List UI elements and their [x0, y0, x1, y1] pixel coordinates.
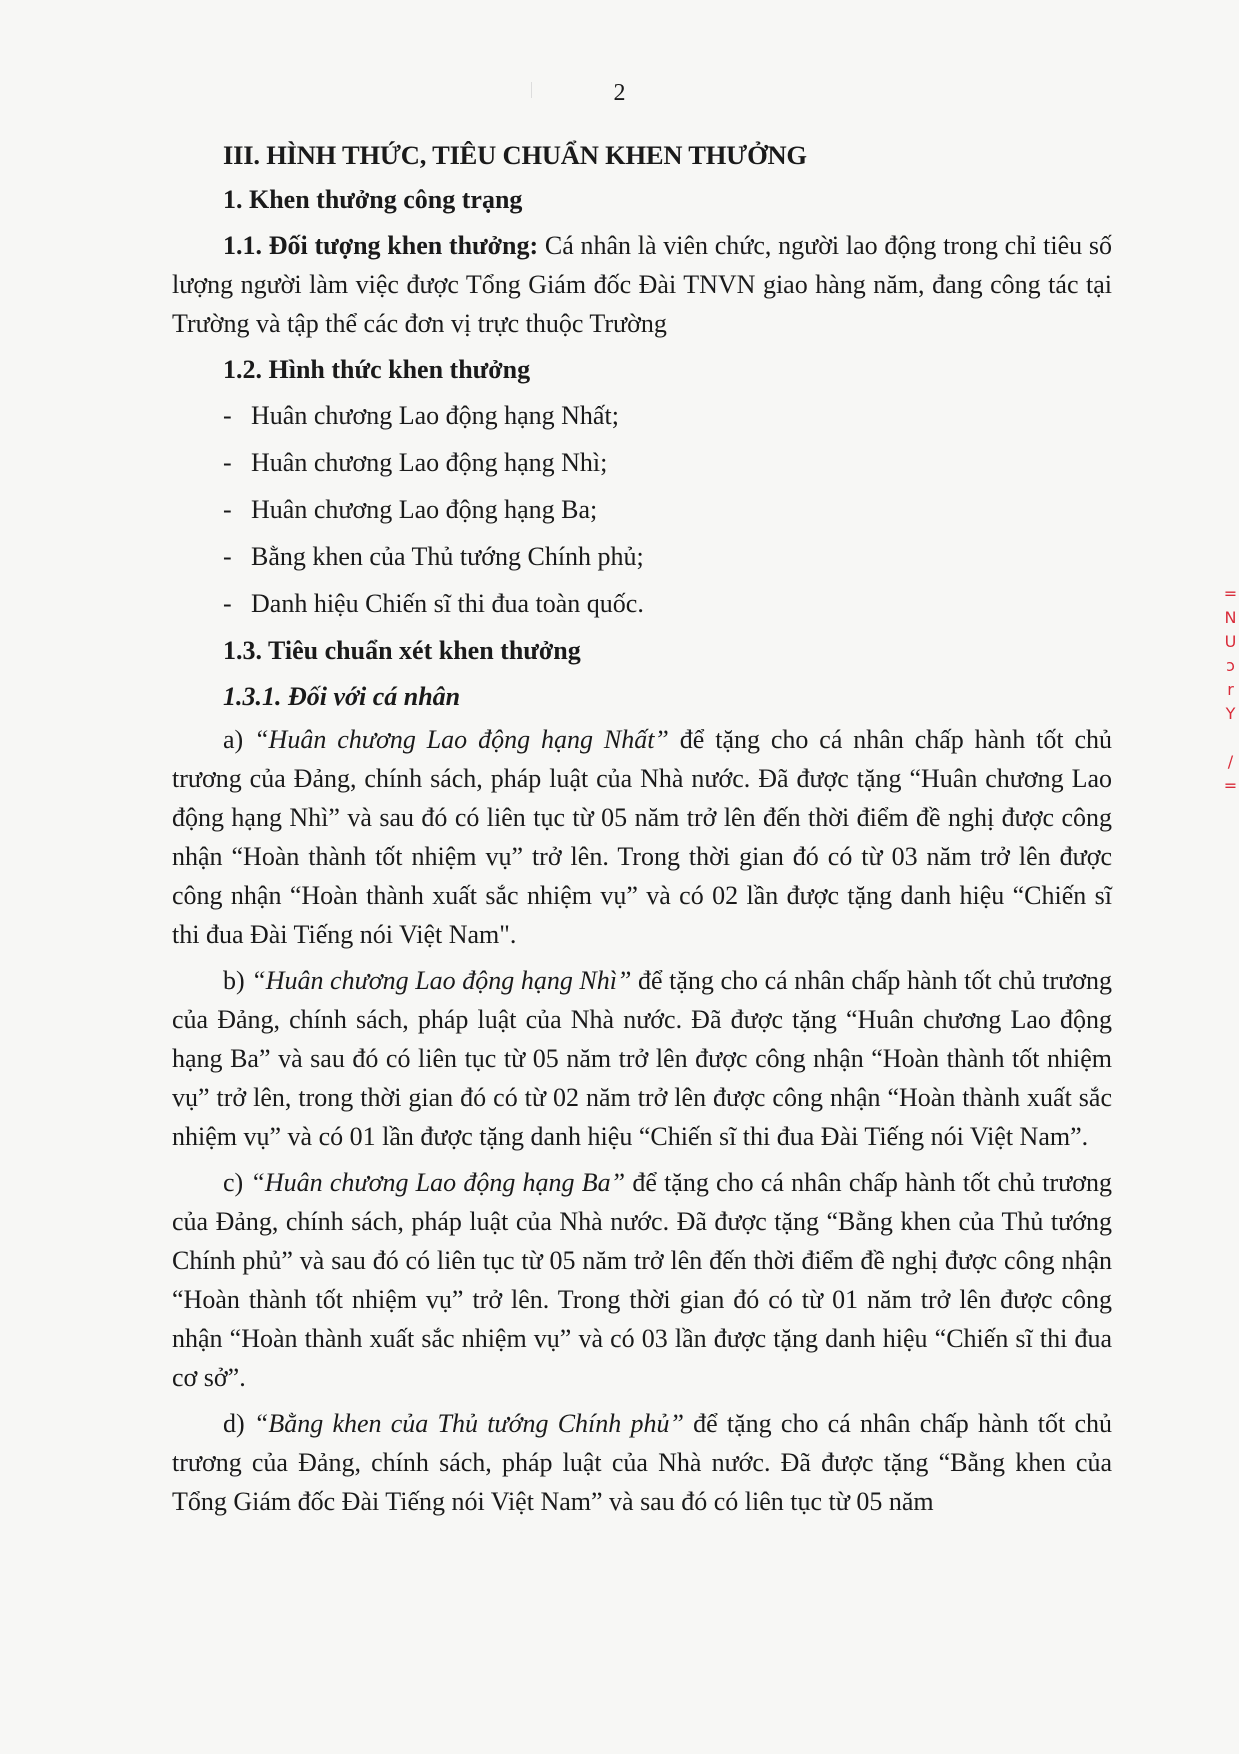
- paragraph-label: 1.1. Đối tượng khen thưởng:: [223, 231, 538, 260]
- dash-bullet: -: [223, 443, 251, 482]
- section-title: III. HÌNH THỨC, TIÊU CHUẨN KHEN THƯỞNG: [223, 136, 1112, 175]
- page-number: 2: [0, 80, 1239, 107]
- list-item: -Huân chương Lao động hạng Nhất;: [223, 396, 1112, 435]
- document-body: III. HÌNH THỨC, TIÊU CHUẨN KHEN THƯỞNG 1…: [172, 136, 1112, 1528]
- paragraph-c: c) “Huân chương Lao động hạng Ba” để tặn…: [172, 1163, 1112, 1397]
- paragraph-d: d) “Bằng khen của Thủ tướng Chính phủ” đ…: [172, 1404, 1112, 1521]
- paragraph-a: a) “Huân chương Lao động hạng Nhất” để t…: [172, 720, 1112, 954]
- subsection-title: 1. Khen thưởng công trạng: [223, 180, 1112, 219]
- dash-bullet: -: [223, 396, 251, 435]
- list-item: -Bằng khen của Thủ tướng Chính phủ;: [223, 537, 1112, 576]
- list-item: -Huân chương Lao động hạng Nhì;: [223, 443, 1112, 482]
- award-name: “Huân chương Lao động hạng Nhất”: [254, 725, 669, 754]
- dash-bullet: -: [223, 490, 251, 529]
- subsection-1-3-1-title: 1.3.1. Đối với cá nhân: [223, 677, 1112, 716]
- red-stamp-edge: = N U ↄ r Y / =: [1222, 582, 1239, 798]
- paragraph-1-1: 1.1. Đối tượng khen thưởng: Cá nhân là v…: [172, 226, 1112, 343]
- dash-bullet: -: [223, 537, 251, 576]
- subsection-1-2-title: 1.2. Hình thức khen thưởng: [223, 350, 1112, 389]
- subsection-1-3-title: 1.3. Tiêu chuẩn xét khen thưởng: [223, 631, 1112, 670]
- dash-bullet: -: [223, 584, 251, 623]
- award-forms-list: -Huân chương Lao động hạng Nhất; -Huân c…: [223, 396, 1112, 623]
- list-item: -Huân chương Lao động hạng Ba;: [223, 490, 1112, 529]
- list-item: -Danh hiệu Chiến sĩ thi đua toàn quốc.: [223, 584, 1112, 623]
- award-name: “Huân chương Lao động hạng Nhì”: [251, 966, 631, 995]
- award-name: “Huân chương Lao động hạng Ba”: [250, 1168, 625, 1197]
- award-name: “Bằng khen của Thủ tướng Chính phủ”: [254, 1409, 684, 1438]
- paragraph-b: b) “Huân chương Lao động hạng Nhì” để tặ…: [172, 961, 1112, 1156]
